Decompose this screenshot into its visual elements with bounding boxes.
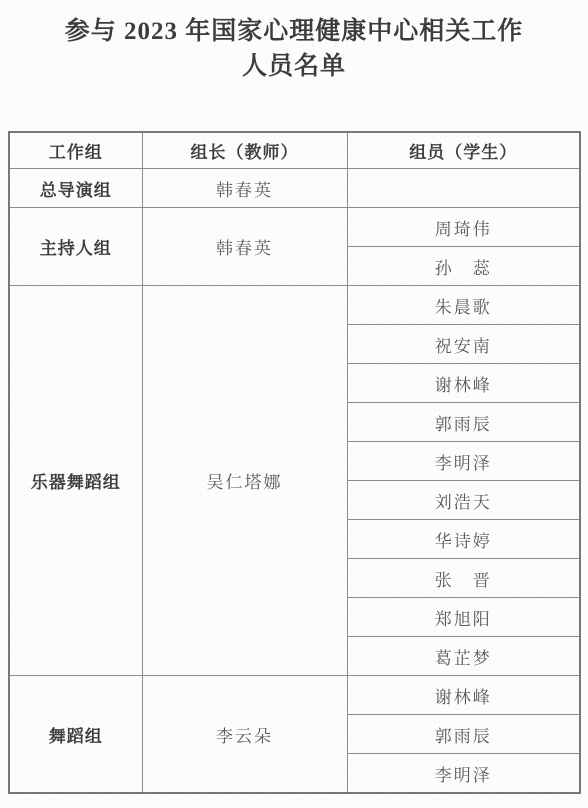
member-cell: 葛芷梦 — [347, 637, 580, 676]
title-line-1: 参与 2023 年国家心理健康中心相关工作 — [0, 14, 588, 49]
table-row: 总导演组 韩春英 — [9, 169, 580, 208]
group-cell: 乐器舞蹈组 — [9, 286, 142, 676]
header-leader-teacher: 组长（教师） — [142, 132, 347, 169]
member-cell: 孙 蕊 — [347, 247, 580, 286]
member-cell: 郭雨辰 — [347, 715, 580, 754]
personnel-table: 工作组 组长（教师） 组员（学生） 总导演组 韩春英 主持人组 韩春英 周琦伟 … — [8, 131, 581, 794]
header-member-student: 组员（学生） — [347, 132, 580, 169]
member-cell: 李明泽 — [347, 754, 580, 794]
document-page: 参与 2023 年国家心理健康中心相关工作 人员名单 工作组 组长（教师） 组员… — [0, 0, 588, 84]
group-cell: 主持人组 — [9, 208, 142, 286]
group-cell: 舞蹈组 — [9, 676, 142, 794]
member-cell: 周琦伟 — [347, 208, 580, 247]
group-cell: 总导演组 — [9, 169, 142, 208]
table-row: 主持人组 韩春英 周琦伟 — [9, 208, 580, 247]
table-header-row: 工作组 组长（教师） 组员（学生） — [9, 132, 580, 169]
leader-cell: 李云朵 — [142, 676, 347, 794]
member-cell: 李明泽 — [347, 442, 580, 481]
leader-cell: 韩春英 — [142, 208, 347, 286]
member-cell: 祝安南 — [347, 325, 580, 364]
table-row: 舞蹈组 李云朵 谢林峰 — [9, 676, 580, 715]
member-cell: 谢林峰 — [347, 676, 580, 715]
leader-cell: 韩春英 — [142, 169, 347, 208]
title-line-2: 人员名单 — [0, 49, 588, 84]
member-cell: 朱晨歌 — [347, 286, 580, 325]
member-cell: 张 晋 — [347, 559, 580, 598]
leader-cell: 吴仁塔娜 — [142, 286, 347, 676]
member-cell: 郑旭阳 — [347, 598, 580, 637]
member-cell-empty — [347, 169, 580, 208]
member-cell: 郭雨辰 — [347, 403, 580, 442]
member-cell: 谢林峰 — [347, 364, 580, 403]
header-work-group: 工作组 — [9, 132, 142, 169]
member-cell: 华诗婷 — [347, 520, 580, 559]
member-cell: 刘浩天 — [347, 481, 580, 520]
table-row: 乐器舞蹈组 吴仁塔娜 朱晨歌 — [9, 286, 580, 325]
document-title: 参与 2023 年国家心理健康中心相关工作 人员名单 — [0, 0, 588, 84]
